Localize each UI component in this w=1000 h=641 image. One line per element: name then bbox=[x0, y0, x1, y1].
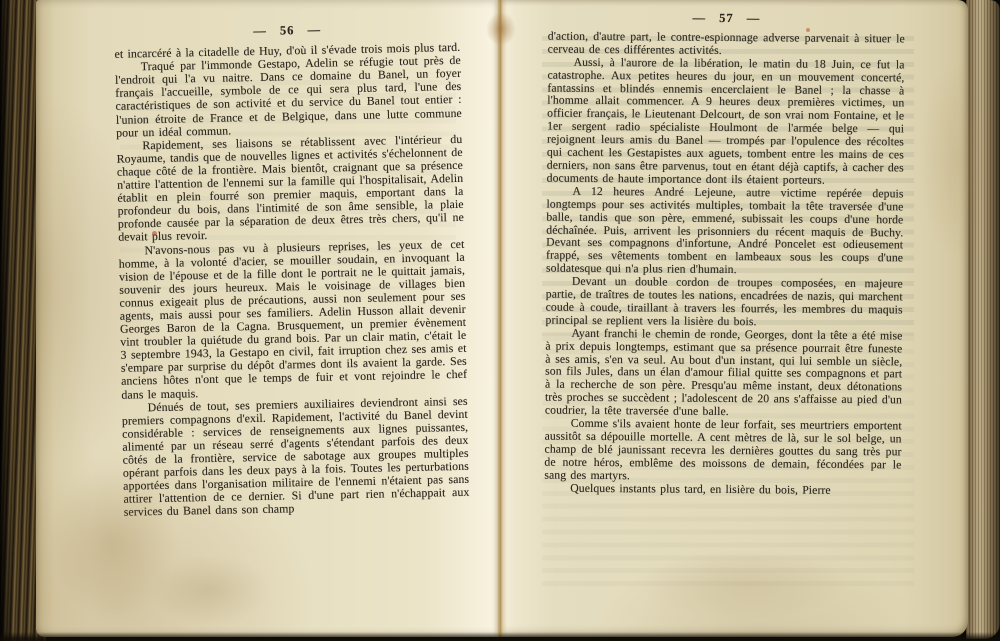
page-57-number-header: — 57 — bbox=[548, 11, 905, 27]
paper-speck bbox=[806, 28, 810, 32]
paper-speck bbox=[152, 231, 157, 236]
book-gutter-fold bbox=[493, 0, 507, 637]
ink-showthrough-left bbox=[120, 80, 456, 290]
paper-stain bbox=[640, 550, 850, 620]
page-56-number-header: — 56 — bbox=[114, 21, 460, 41]
ink-showthrough-right-upper bbox=[542, 36, 914, 336]
paper-stain bbox=[920, 60, 990, 260]
paragraph: Dénués de tout, ses premiers auxiliaires… bbox=[122, 394, 470, 519]
open-book-scan: — 56 — et incarcéré à la citadelle de Hu… bbox=[0, 0, 1000, 641]
paper-stain bbox=[150, 555, 270, 625]
gutter-top-stain bbox=[486, 12, 516, 46]
book-bottom-shadow bbox=[0, 632, 1000, 641]
ink-showthrough-right-lower bbox=[542, 336, 914, 586]
